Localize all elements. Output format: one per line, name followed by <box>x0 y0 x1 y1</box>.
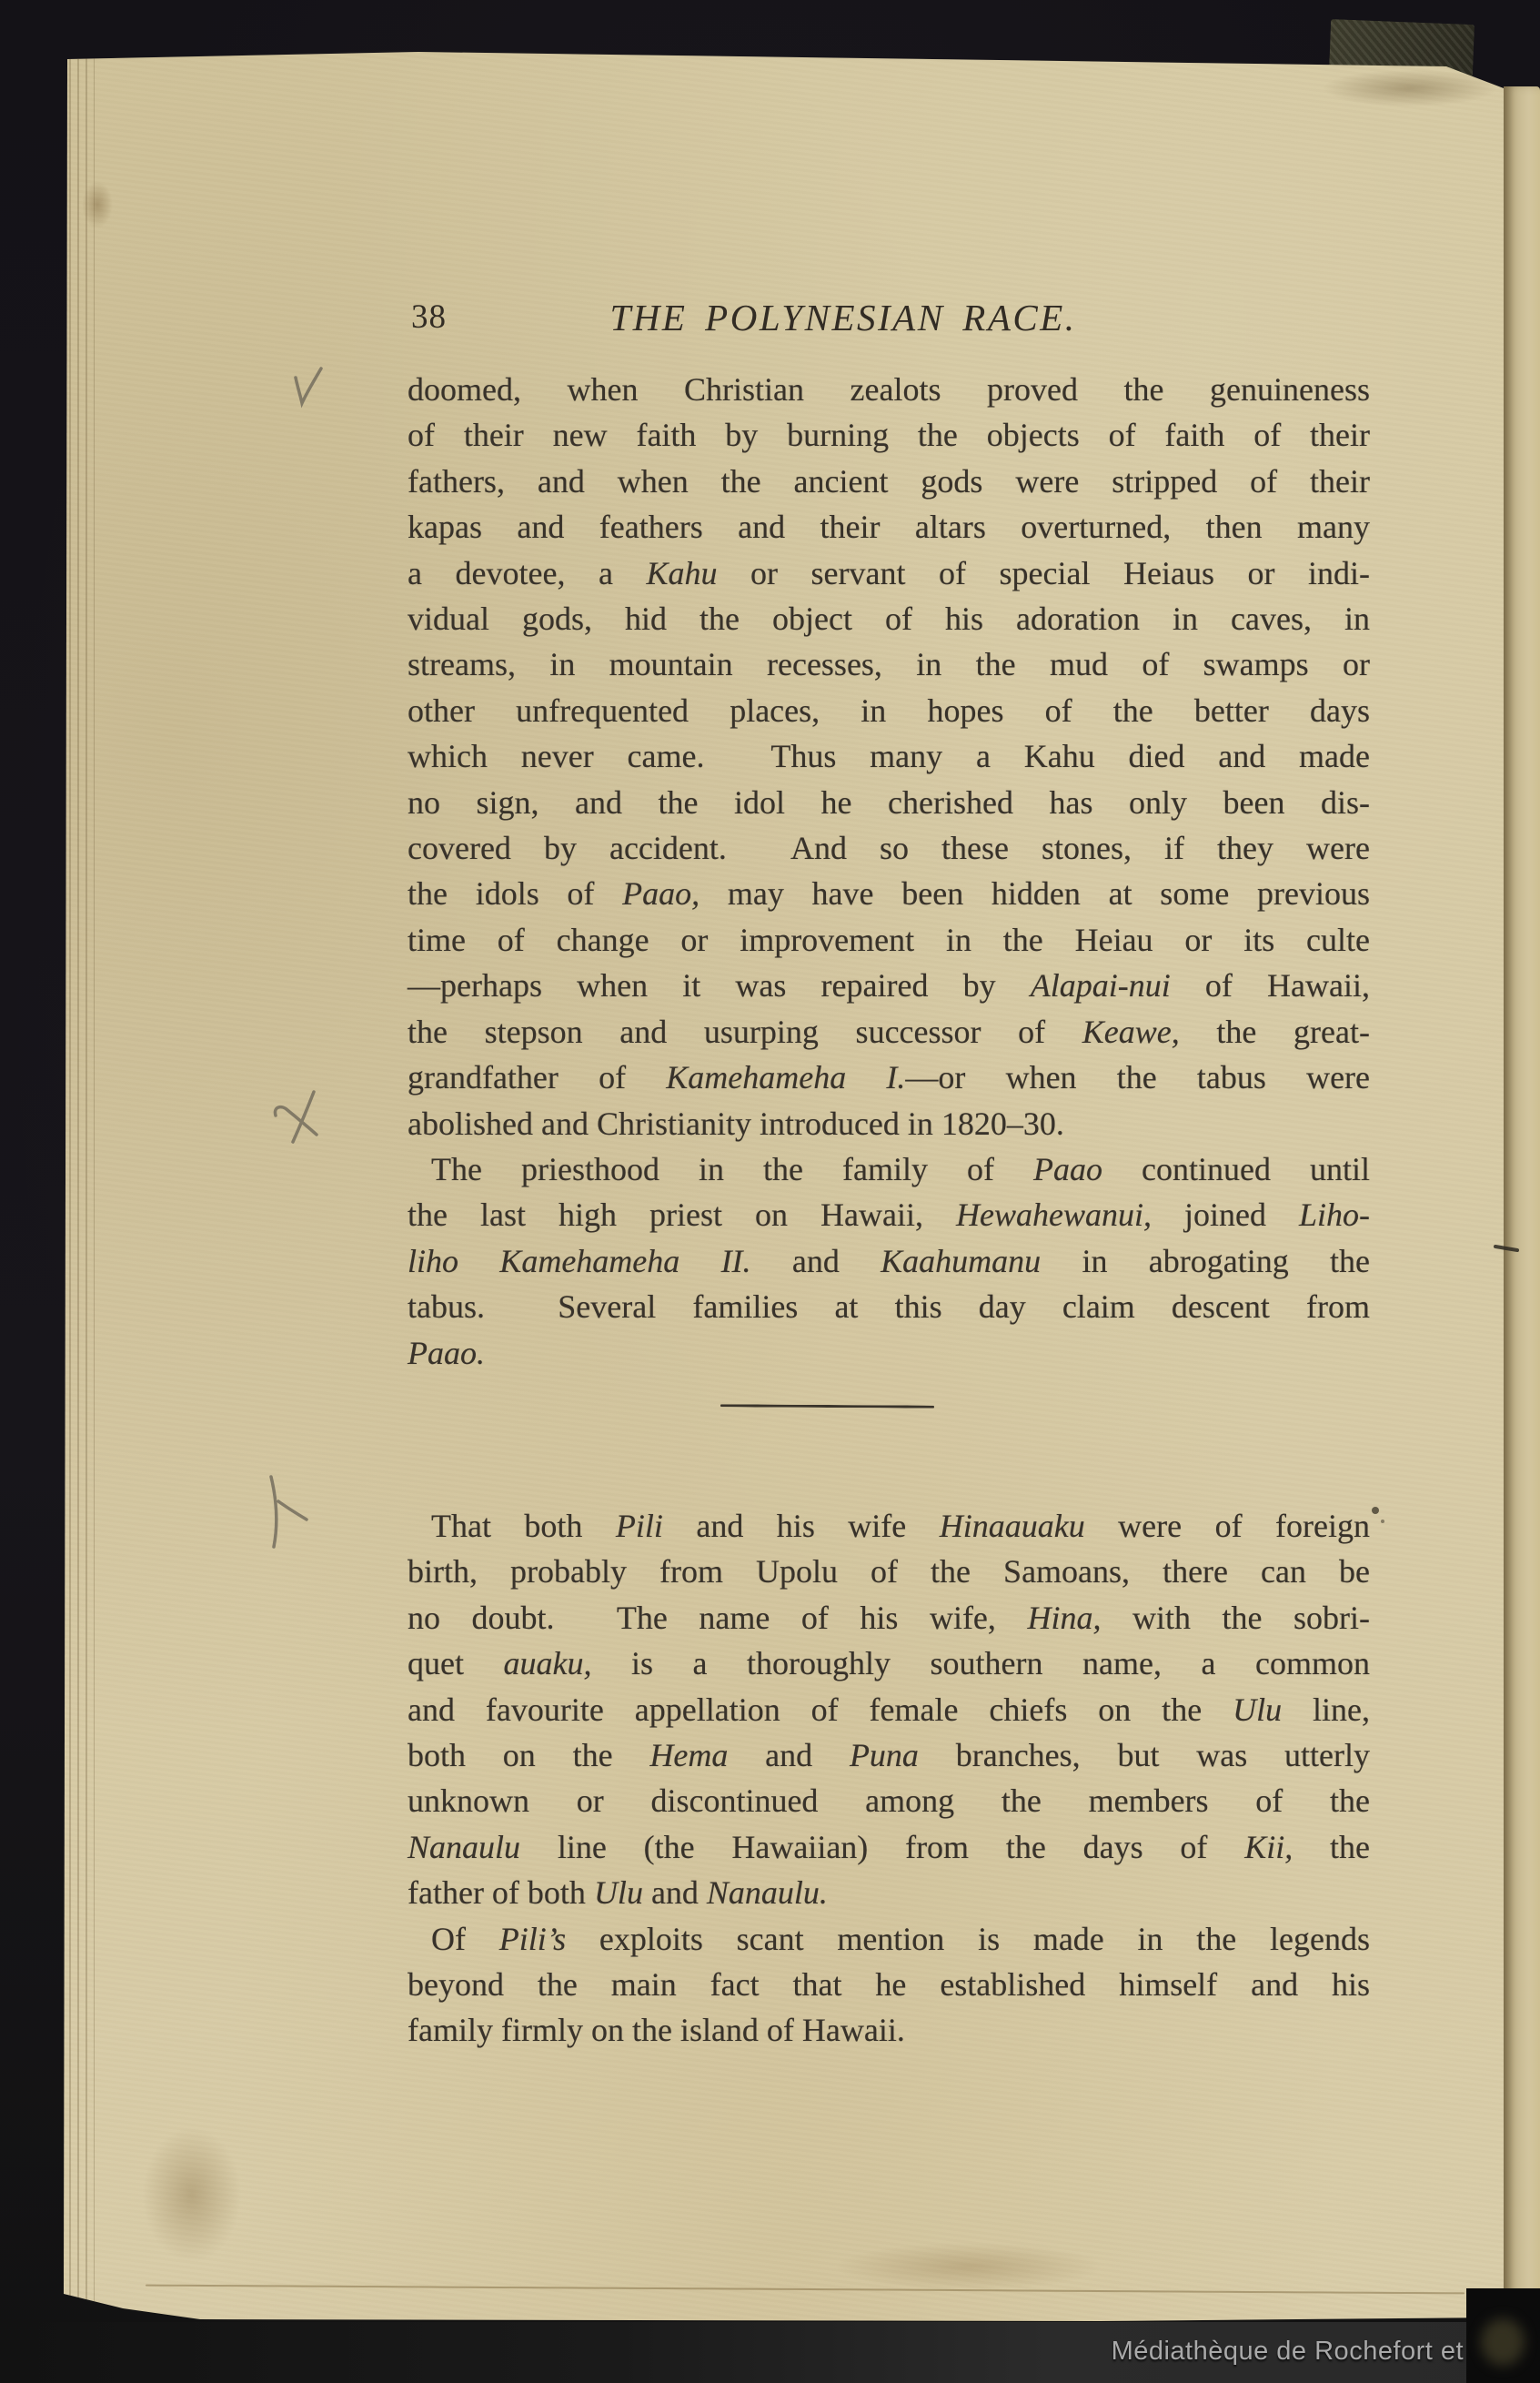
text-line: kapas and feathers and their altars over… <box>408 504 1370 550</box>
text-line: both on the Hema and Puna branches, but … <box>408 1732 1370 1778</box>
text-line: covered by accident. And so these stones… <box>408 825 1370 871</box>
text-line: and favourite appellation of female chie… <box>408 1687 1370 1732</box>
text-line: which never came. Thus many a Kahu died … <box>408 733 1370 779</box>
text-line: father of both Ulu and Nanaulu. <box>408 1870 1370 1915</box>
text-line: no doubt. The name of his wife, Hina, wi… <box>408 1595 1370 1641</box>
text-line: of their new faith by burning the object… <box>408 412 1370 458</box>
text-line: quet auaku, is a thoroughly southern nam… <box>408 1641 1370 1686</box>
text-line: doomed, when Christian zealots proved th… <box>408 367 1370 412</box>
paragraph: That both Pili and his wife Hinaauaku we… <box>408 1503 1370 1916</box>
page-header: 38 THE POLYNESIAN RACE. <box>55 294 1504 341</box>
text-line: fathers, and when the ancient gods were … <box>408 459 1370 504</box>
paragraph: The priesthood in the family of Paao con… <box>408 1146 1370 1376</box>
text-line: the stepson and usurping successor of Ke… <box>408 1009 1370 1055</box>
text-line: other unfrequented places, in hopes of t… <box>408 688 1370 733</box>
text-line: beyond the main fact that he established… <box>408 1962 1370 2007</box>
book-page: 38 THE POLYNESIAN RACE. doomed, when Chr… <box>55 52 1504 2321</box>
text-line: the last high priest on Hawaii, Hewahewa… <box>408 1192 1370 1237</box>
text-line: Nanaulu line (the Hawaiian) from the day… <box>408 1824 1370 1870</box>
paper-stain <box>837 2243 1101 2290</box>
text-line: abolished and Christianity introduced in… <box>408 1101 1370 1146</box>
text-line: family firmly on the island of Hawaii. <box>408 2007 1370 2053</box>
text-line: time of change or improvement in the Hei… <box>408 917 1370 963</box>
text-line: unknown or discontinued among the member… <box>408 1778 1370 1823</box>
text-line: Of Pili’s exploits scant mention is made… <box>408 1916 1370 1962</box>
page-text: doomed, when Christian zealots proved th… <box>408 367 1370 2054</box>
scan-mat-footer: Médiathèque de Rochefort et MAP <box>0 2322 1540 2383</box>
running-title: THE POLYNESIAN RACE. <box>434 294 1253 341</box>
section-divider <box>720 1404 934 1408</box>
text-line: That both Pili and his wife Hinaauaku we… <box>408 1503 1370 1549</box>
text-line: streams, in mountain recesses, in the mu… <box>408 641 1370 687</box>
underlying-page-edge <box>146 2285 1465 2295</box>
text-line: The priesthood in the family of Paao con… <box>408 1146 1370 1192</box>
text-line: liho Kamehameha II. and Kaahumanu in abr… <box>408 1238 1370 1284</box>
binding-edge-glow <box>1481 2318 1525 2366</box>
text-line: birth, probably from Upolu of the Samoan… <box>408 1549 1370 1594</box>
text-line: Paao. <box>408 1330 1370 1376</box>
book-fore-edge-pages <box>1504 86 1540 2311</box>
text-line: —perhaps when it was repaired by Alapai-… <box>408 963 1370 1008</box>
text-line: tabus. Several families at this day clai… <box>408 1284 1370 1329</box>
paragraph: doomed, when Christian zealots proved th… <box>408 367 1370 1146</box>
text-line: the idols of Paao, may have been hidden … <box>408 871 1370 916</box>
paragraph: Of Pili’s exploits scant mention is made… <box>408 1916 1370 2054</box>
paper-stain <box>142 2126 242 2263</box>
scanned-book-photo: 38 THE POLYNESIAN RACE. doomed, when Chr… <box>0 0 1540 2383</box>
left-page-edges <box>69 52 95 2321</box>
text-line: vidual gods, hid the object of his adora… <box>408 596 1370 641</box>
text-line: grandfather of Kamehameha I.—or when the… <box>408 1055 1370 1100</box>
text-line: a devotee, a Kahu or servant of special … <box>408 550 1370 596</box>
text-line: no sign, and the idol he cherished has o… <box>408 780 1370 825</box>
